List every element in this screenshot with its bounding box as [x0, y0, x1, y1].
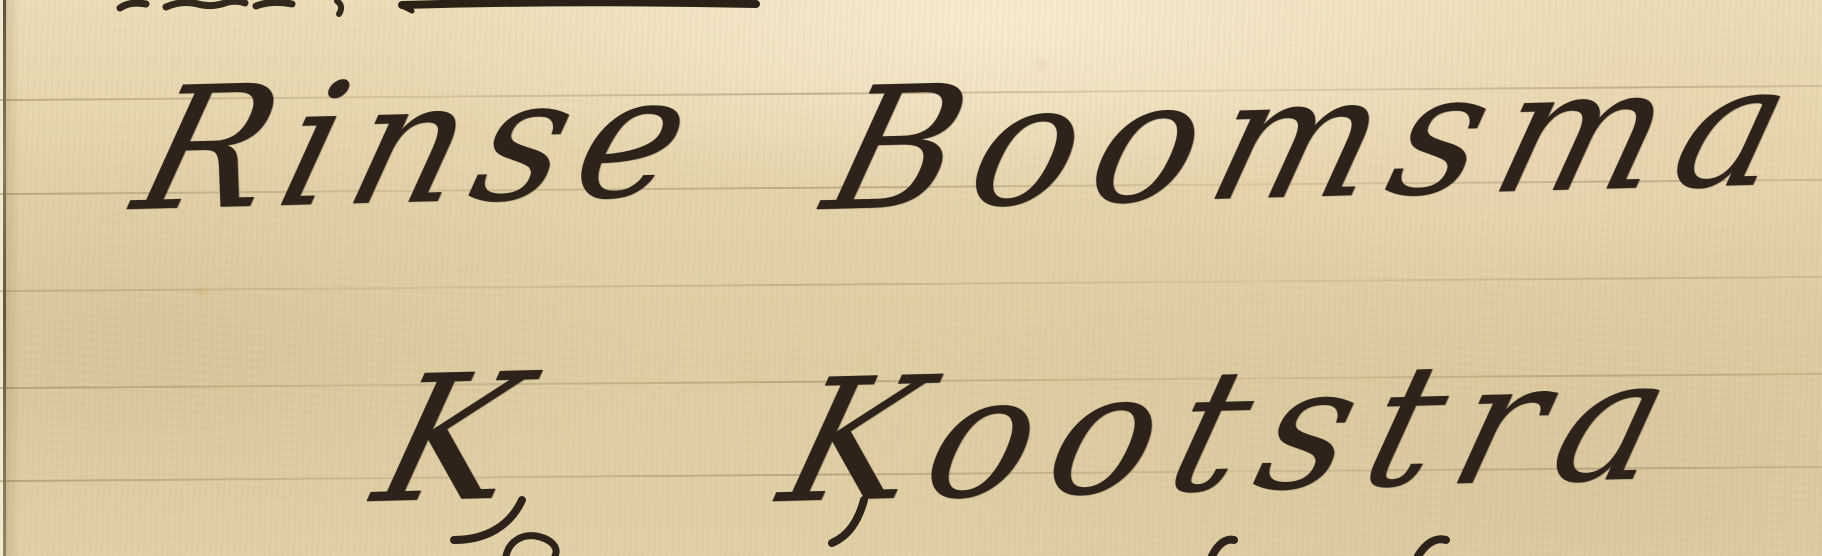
scanned-page: Rinse Boomsma K Kootstra — [0, 0, 1822, 556]
next-entry-fragment — [506, 536, 1446, 556]
ruled-line — [0, 276, 1822, 293]
handwritten-word-rinse: Rinse — [122, 52, 720, 236]
handwritten-word-boomsma: Boomsma — [812, 41, 1822, 236]
page-left-edge-shadow — [6, 0, 20, 556]
previous-entry-underline — [402, 2, 756, 11]
handwritten-word-kootstra: Kootstra — [768, 335, 1704, 528]
handwritten-initial-k: K — [362, 351, 539, 529]
previous-entry-fragment — [120, 1, 341, 14]
